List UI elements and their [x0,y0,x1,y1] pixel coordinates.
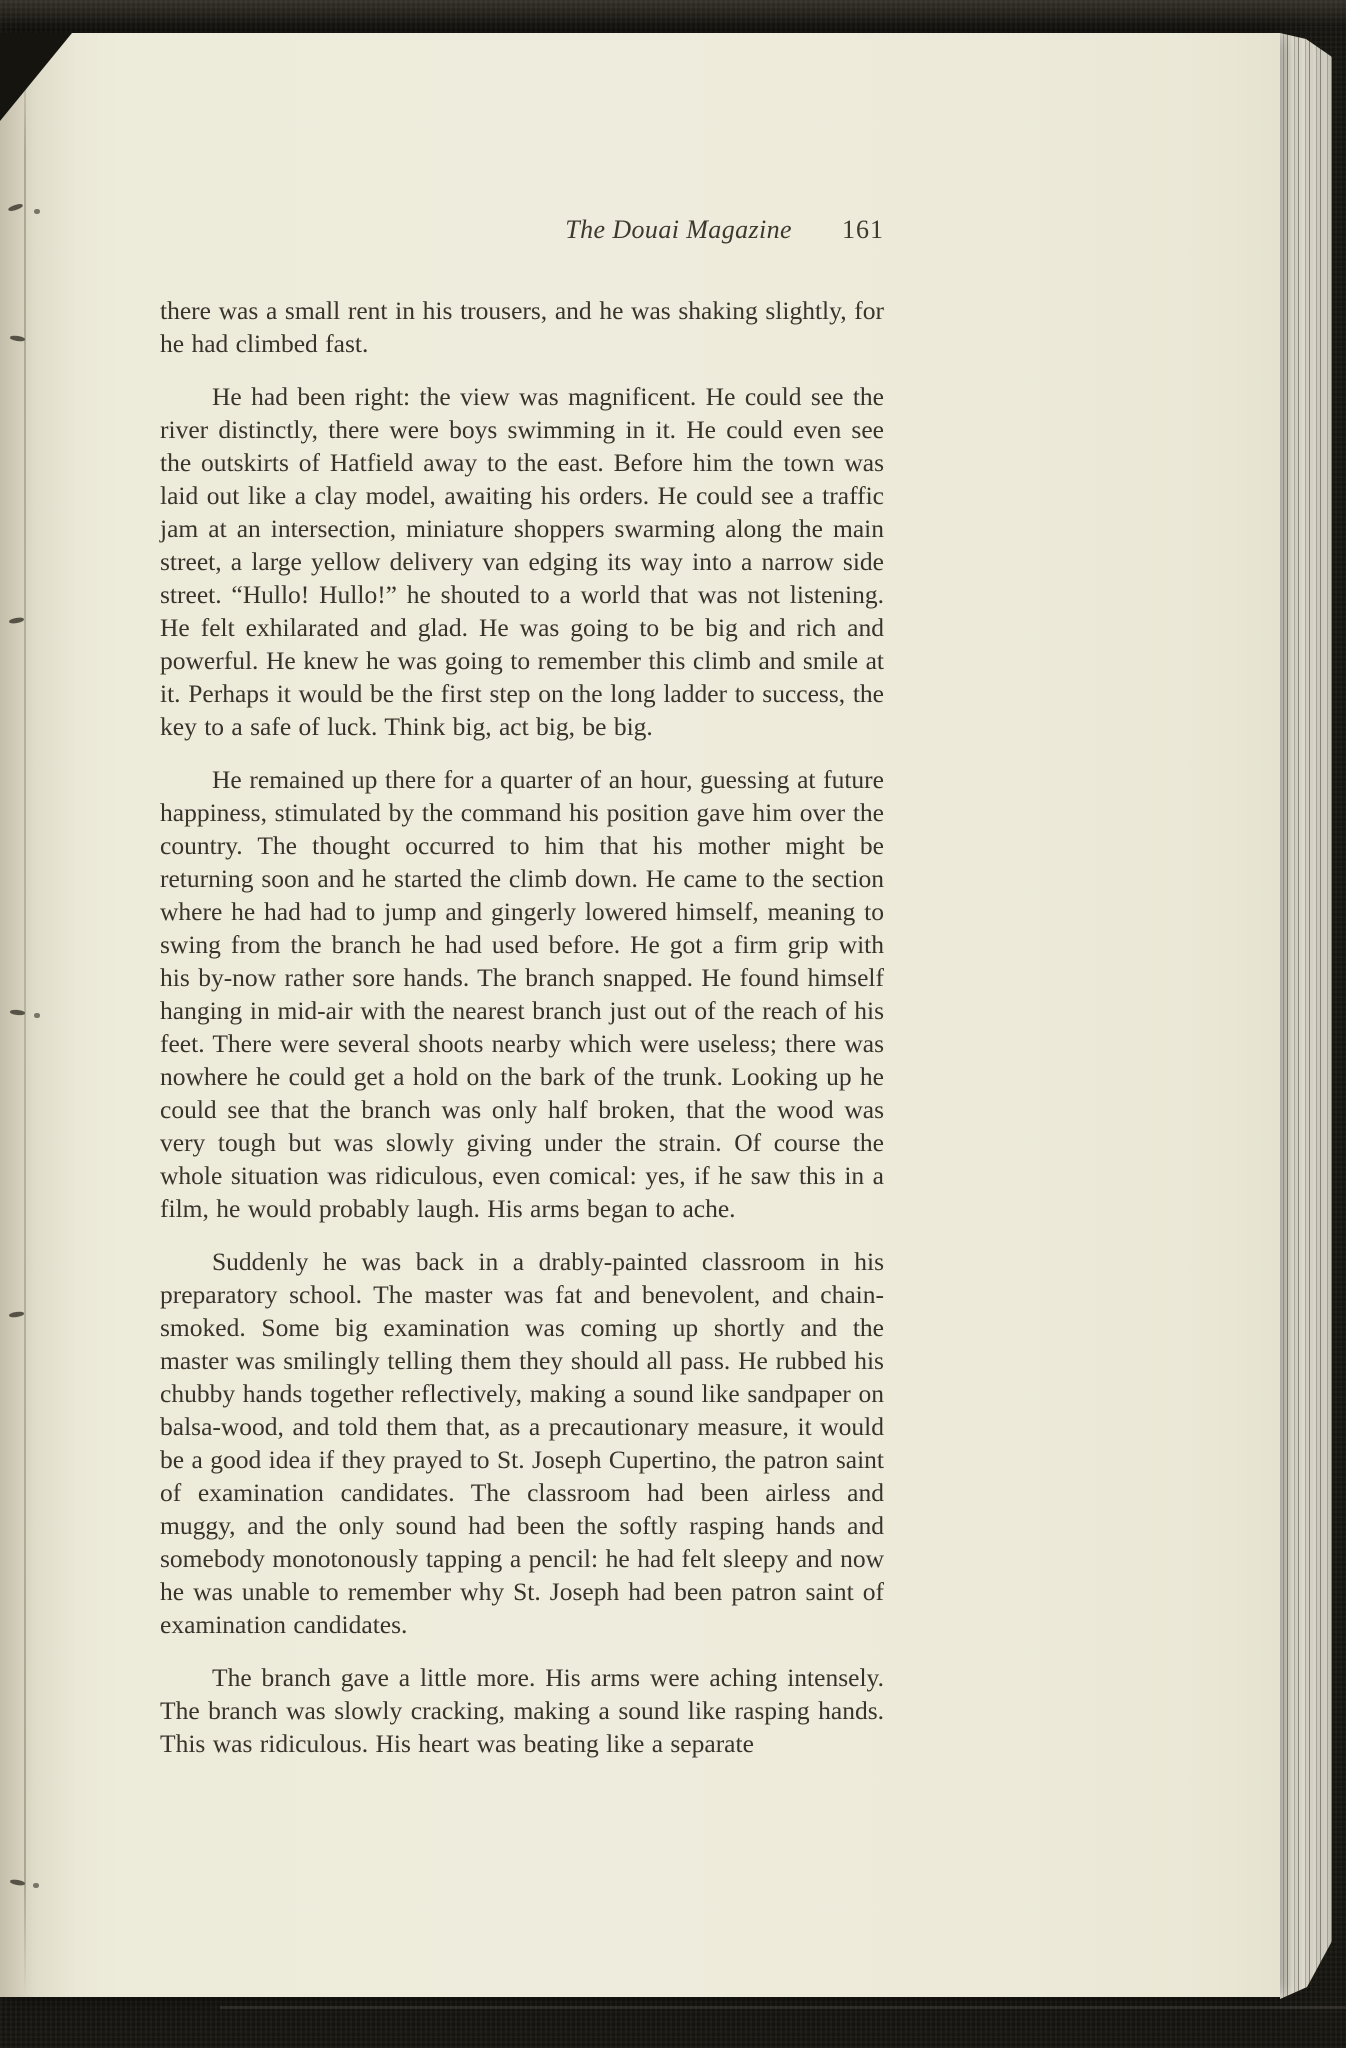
binding-stitch [34,209,40,214]
binding-stitch [33,1883,39,1888]
paragraph-2: He had been right: the view was magnific… [160,380,884,743]
book-page: The Douai Magazine 161 there was a small… [0,33,1280,1997]
cover-top-rim [0,0,1346,26]
paragraph-3: He remained up there for a quarter of an… [160,763,884,1225]
gutter-crease [24,33,26,1997]
page-body: there was a small rent in his trousers, … [160,294,884,1760]
page-content: The Douai Magazine 161 there was a small… [160,33,884,1780]
cover-corner-topleft [0,33,72,121]
book-photo: The Douai Magazine 161 there was a small… [0,0,1346,2048]
paragraph-1: there was a small rent in his trousers, … [160,294,884,360]
paragraph-4: Suddenly he was back in a drably-painted… [160,1245,884,1641]
running-header-title: The Douai Magazine [565,215,792,245]
running-header: The Douai Magazine 161 [160,215,884,245]
cover-bottom-seam [220,2006,1346,2009]
paragraph-5: The branch gave a little more. His arms … [160,1661,884,1760]
binding-stitch [34,1013,40,1018]
page-edge-stack [1280,33,1332,1999]
page-number: 161 [842,215,884,245]
